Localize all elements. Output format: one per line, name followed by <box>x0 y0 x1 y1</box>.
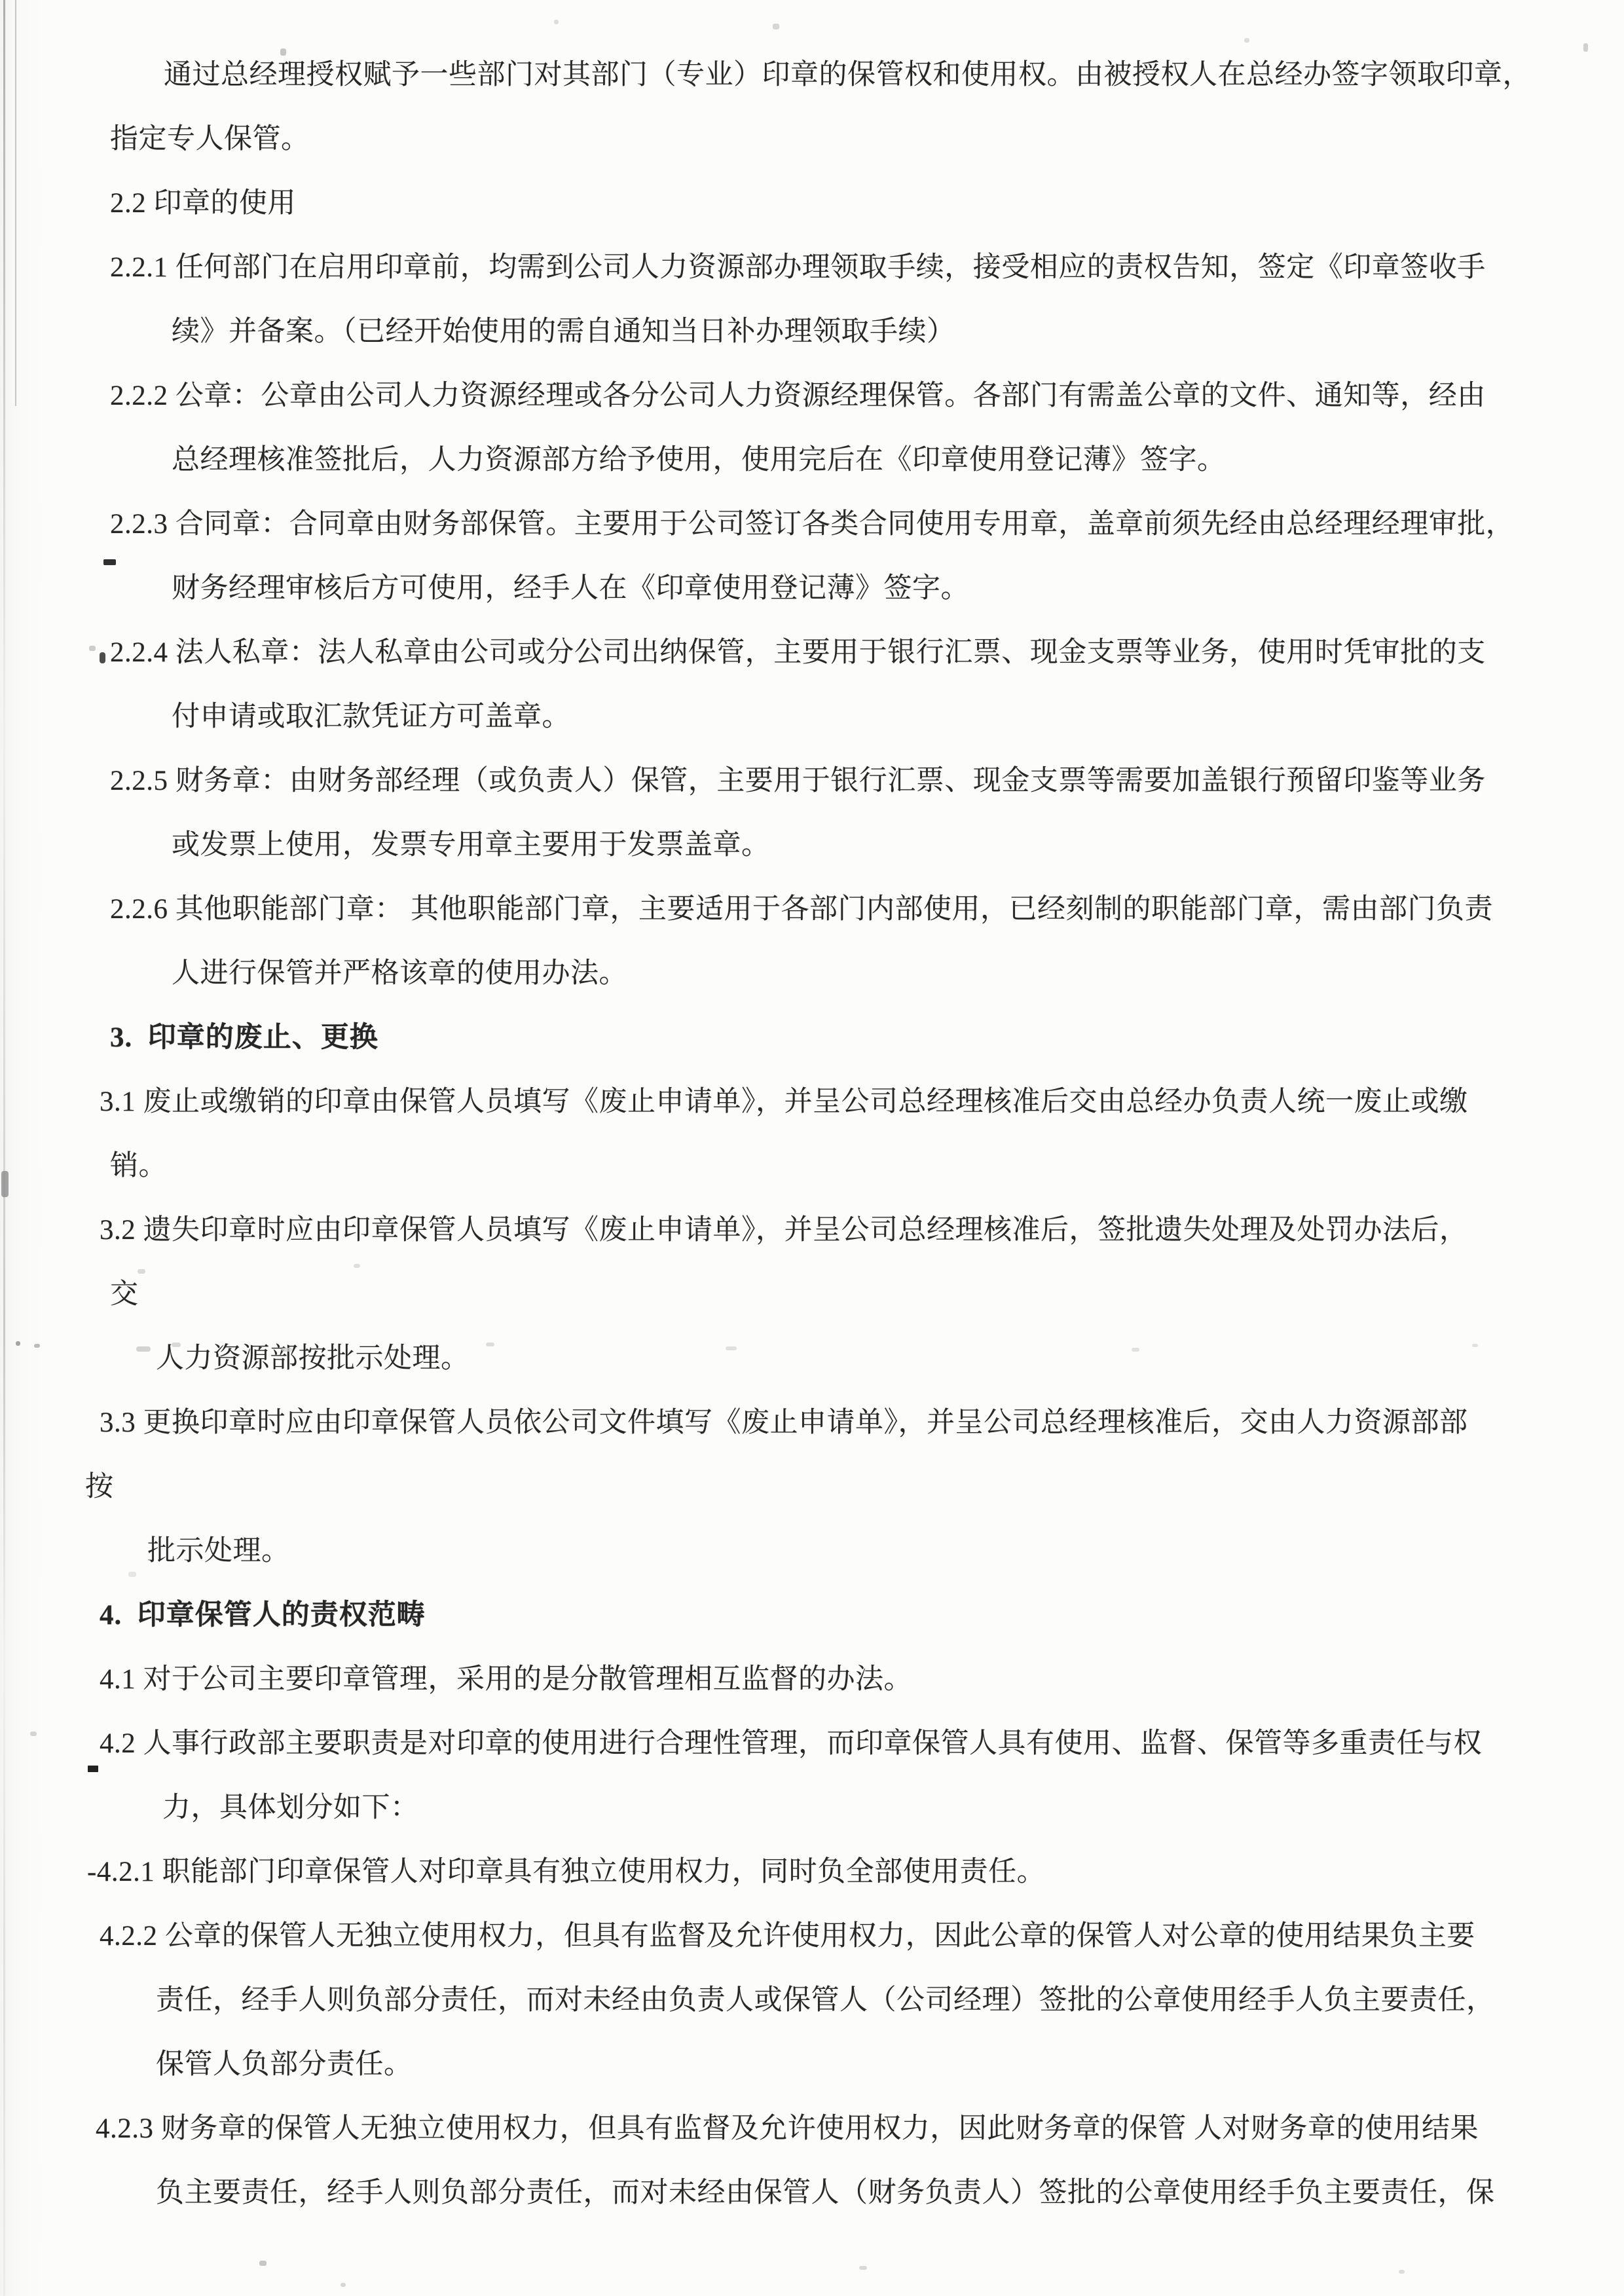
smudge-streak <box>136 1346 151 1352</box>
bottom-speck <box>341 2283 346 2287</box>
top-speck <box>1583 43 1588 52</box>
bottom-speck <box>859 2266 867 2270</box>
comma-speck-2 <box>89 646 96 651</box>
bottom-speck <box>259 2261 267 2266</box>
left-edge-line-inner <box>15 0 16 406</box>
section-heading: 3. 印章的废止、更换 <box>110 1024 378 1052</box>
document-text-block: 通过总经理授权赋予一些部门对其部门（专业）印章的保管权和使用权。由被授权人在总经… <box>0 0 1624 2296</box>
text-line: 或发票上使用，发票专用章主要用于发票盖章。 <box>172 831 770 859</box>
square-dash <box>88 1766 98 1772</box>
text-line: 4.1 对于公司主要印章管理，采用的是分散管理相互监督的办法。 <box>100 1665 912 1694</box>
smudge-streak <box>726 1346 737 1350</box>
text-line: 通过总经理授权赋予一些部门对其部门（专业）印章的保管权和使用权。由被授权人在总经… <box>164 61 1531 89</box>
text-line: 2.2.3 合同章：合同章由财务部保管。主要用于公司签订各类合同使用专用章，盖章… <box>110 510 1514 538</box>
text-line: 力，具体划分如下： <box>162 1794 419 1822</box>
left-edge-line-outer <box>3 0 5 2296</box>
scanned-document-page: 通过总经理授权赋予一些部门对其部门（专业）印章的保管权和使用权。由被授权人在总经… <box>0 0 1624 2296</box>
text-line: 2.2.6 其他职能部门章： 其他职能部门章，主要适用于各部门内部使用，已经刻制… <box>110 895 1493 923</box>
text-line: 负主要责任，经手人则负部分责任，而对未经由保管人（财务负责人）签批的公章使用经手… <box>156 2179 1495 2207</box>
mid-speck <box>128 1572 136 1577</box>
smudge-dot <box>1472 1344 1478 1347</box>
text-line: 责任，经手人则负部分责任，而对未经由负责人或保管人（公司经理）签批的公章使用经手… <box>156 1986 1495 2014</box>
text-line: 保管人负部分责任。 <box>156 2050 413 2079</box>
text-line: 人力资源部按批示处理。 <box>156 1344 470 1373</box>
top-speck <box>1244 38 1249 43</box>
text-line: 2.2 印章的使用 <box>110 189 296 217</box>
text-line: 2.2.1 任何部门在启用印章前，均需到公司人力资源部办理领取手续，接受相应的责… <box>110 253 1486 282</box>
comma-speck <box>100 652 105 663</box>
margin-dash <box>103 559 116 565</box>
text-line: 销。 <box>110 1152 167 1180</box>
text-line: 财务经理审核后方可使用，经手人在《印章使用登记薄》签字。 <box>172 574 969 602</box>
text-line: 交 <box>110 1280 139 1308</box>
tick-speck <box>30 1731 37 1736</box>
text-line: 3.1 废止或缴销的印章由保管人员填写《废止申请单》，并呈公司总经理核准后交由总… <box>100 1088 1468 1116</box>
text-line: 2.2.5 财务章：由财务部经理（或负责人）保管，主要用于银行汇票、现金支票等需… <box>110 767 1486 795</box>
text-line: 3.2 遗失印章时应由印章保管人员填写《废止申请单》，并呈公司总经理核准后，签批… <box>100 1216 1468 1244</box>
left-edge-blob <box>1 1171 9 1197</box>
text-line: 4.2.3 财务章的保管人无独立使用权力，但具有监督及允许使用权力，因此财务章的… <box>96 2115 1479 2143</box>
smudge-dot <box>138 1269 145 1274</box>
smudge-streak <box>486 1342 494 1346</box>
text-line: 2.2.4 法人私章：法人私章由公司或分公司出纳保管，主要用于银行汇票、现金支票… <box>110 639 1486 667</box>
text-line: 续》并备案。（已经开始使用的需自通知当日补办理领取手续） <box>172 318 955 346</box>
text-line: 总经理核准签批后，人力资源部方给予使用，使用完后在《印章使用登记薄》签字。 <box>172 446 1226 474</box>
smudge-streak <box>282 1348 292 1352</box>
text-line: 批示处理。 <box>147 1537 290 1565</box>
smudge-dot <box>354 1264 360 1268</box>
smudge-streak <box>172 1342 181 1347</box>
text-line: 按 <box>85 1473 114 1501</box>
text-line: 付申请或取汇款凭证方可盖章。 <box>172 703 570 731</box>
text-line: 3.3 更换印章时应由印章保管人员依公司文件填写《废止申请单》，并呈公司总经理核… <box>100 1409 1468 1437</box>
text-line: -4.2.1 职能部门印章保管人对印章具有独立使用权力，同时负全部使用责任。 <box>87 1858 1045 1886</box>
text-line: 人进行保管并严格该章的使用办法。 <box>172 959 627 988</box>
section-heading: 4. 印章保管人的责权范畴 <box>100 1601 426 1629</box>
smudge-dot <box>16 1341 20 1346</box>
text-line: 4.2.2 公章的保管人无独立使用权力，但具有监督及允许使用权力，因此公章的保管… <box>100 1922 1475 1950</box>
top-speck <box>773 24 779 29</box>
bottom-speck <box>1399 2270 1405 2274</box>
text-line: 指定专人保管。 <box>110 125 310 153</box>
top-speck <box>554 20 559 24</box>
text-line: 2.2.2 公章：公章由公司人力资源经理或各分公司人力资源经理保管。各部门有需盖… <box>110 382 1486 410</box>
text-line: 4.2 人事行政部主要职责是对印章的使用进行合理性管理，而印章保管人具有使用、监… <box>100 1730 1482 1758</box>
top-speck <box>280 48 286 56</box>
smudge-dot <box>34 1344 40 1348</box>
smudge-streak <box>1132 1348 1139 1352</box>
